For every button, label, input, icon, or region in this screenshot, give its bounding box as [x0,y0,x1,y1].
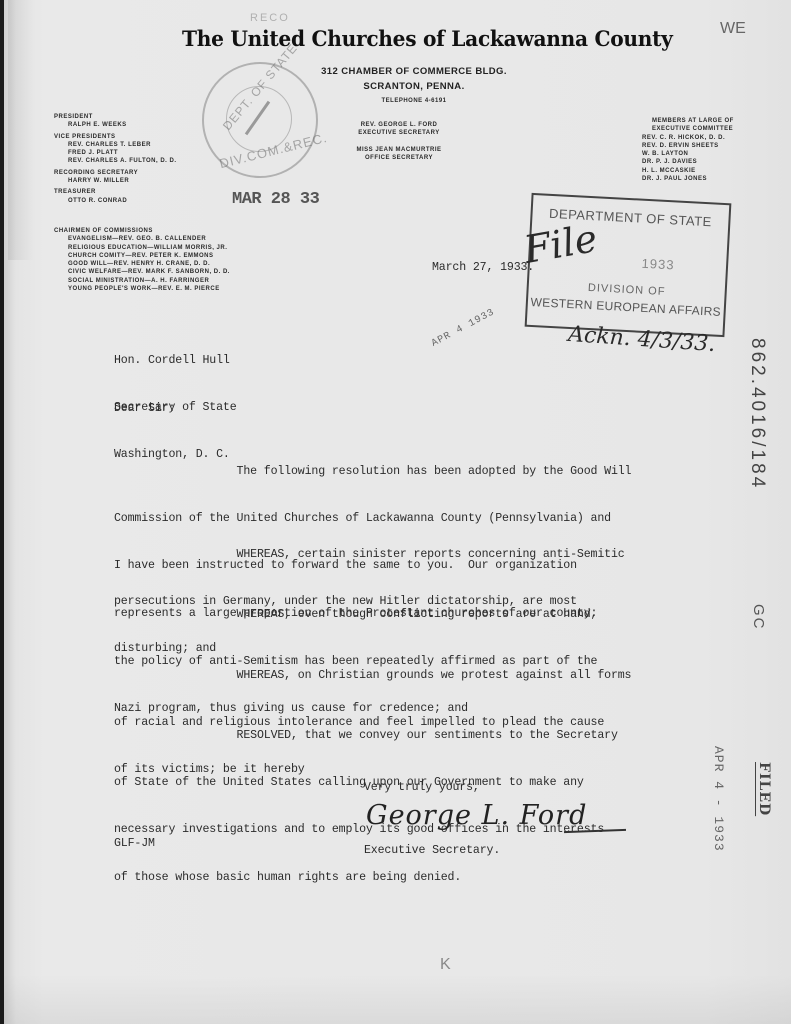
staff-name: Miss Jean MacMurtrie [329,146,469,154]
officer-role: Recording Secretary [54,169,177,177]
filed-stamp: FILED [756,762,772,816]
officer-role: Treasurer [54,188,177,196]
officer-name: Fred J. Platt [54,149,177,157]
officer-role: President [54,113,177,121]
staff-name: Rev. George L. Ford [329,121,469,129]
letterhead-address-line1: 312 CHAMBER OF COMMERCE BLDG. [274,66,554,77]
scanned-letter-page: The United Churches of Lackawanna County… [4,0,791,1024]
commissions-list: Chairmen of Commissions Evangelism—Rev. … [54,227,230,293]
commission-item: Evangelism—Rev. Geo. B. Callender [54,235,230,243]
commission-item: Young People's Work—Rev. E. M. Pierce [54,285,230,293]
commission-item: Religious Education—William Morris, Jr. [54,244,230,252]
reco-stamp-text: RECO [250,12,290,24]
gc-stamp: GC [750,604,767,631]
officers-list: President Ralph E. Weeks Vice Presidents… [54,113,177,205]
members-heading: Members at Large of [642,117,734,125]
paragraph-line: RESOLVED, that we convey our sentiments … [114,728,618,744]
staff-title: Office Secretary [329,154,469,162]
apr-date-stamp: APR 4 1933 [430,307,497,350]
members-heading: Executive Committee [642,125,734,133]
letterhead-address-line2: SCRANTON, PENNA. [274,81,554,92]
commission-item: Church Comity—Rev. Peter K. Emmons [54,252,230,260]
member-name: Rev. D. Ervin Sheets [642,142,734,150]
salutation: Dear Sir: [114,401,175,417]
signer-title: Executive Secretary. [364,843,500,859]
member-name: Dr. P. J. Davies [642,158,734,166]
officer-role: Vice Presidents [54,133,177,141]
staff-title: Executive Secretary [329,129,469,137]
member-name: W. B. Layton [642,150,734,158]
officer-name: Rev. Charles A. Fulton, D. D. [54,157,177,165]
paragraph-line: WHEREAS, even though conflicting reports… [114,607,597,623]
letterhead-organization: The United Churches of Lackawanna County [182,26,624,51]
commission-item: Civic Welfare—Rev. Mark F. Sanborn, D. D… [54,268,230,276]
paragraph-line: WHEREAS, on Christian grounds we protest… [114,668,631,684]
paragraph-line: WHEREAS, certain sinister reports concer… [114,547,625,563]
addressee-line: Hon. Cordell Hull [114,353,237,369]
members-at-large-list: Members at Large of Executive Committee … [642,117,734,183]
received-date-stamp: MAR 28 33 [232,190,319,209]
commissions-heading: Chairmen of Commissions [54,227,230,235]
handwritten-k-mark: K [440,956,451,974]
paragraph-line: of those whose basic human rights are be… [114,870,618,886]
member-name: Dr. J. Paul Jones [642,175,734,183]
staff-list: Rev. George L. Ford Executive Secretary … [329,121,469,162]
paragraph-line: The following resolution has been adopte… [114,464,631,480]
officer-name: Harry W. Miller [54,177,177,185]
commission-item: Good Will—Rev. Henry H. Crane, D. D. [54,260,230,268]
letter-date: March 27, 1933. [432,260,534,276]
filed-date-stamp: APR 4 - 1933 [711,746,726,852]
typist-initials: GLF-JM [114,836,155,852]
paper-fold-shadow [8,0,34,260]
member-name: H. L. McCaskie [642,167,734,175]
officer-name: Rev. Charles T. Leber [54,141,177,149]
officer-name: Otto R. Conrad [54,197,177,205]
member-name: Rev. C. R. Hickok, D. D. [642,134,734,142]
closing: Very truly yours, [364,780,480,796]
signature: George L. Ford [366,800,587,831]
officer-name: Ralph E. Weeks [54,121,177,129]
handwritten-we-note: WE [720,20,746,38]
commission-item: Social Ministration—A. H. Farringer [54,277,230,285]
file-number-stamp: 862.4016/184 [746,338,768,490]
